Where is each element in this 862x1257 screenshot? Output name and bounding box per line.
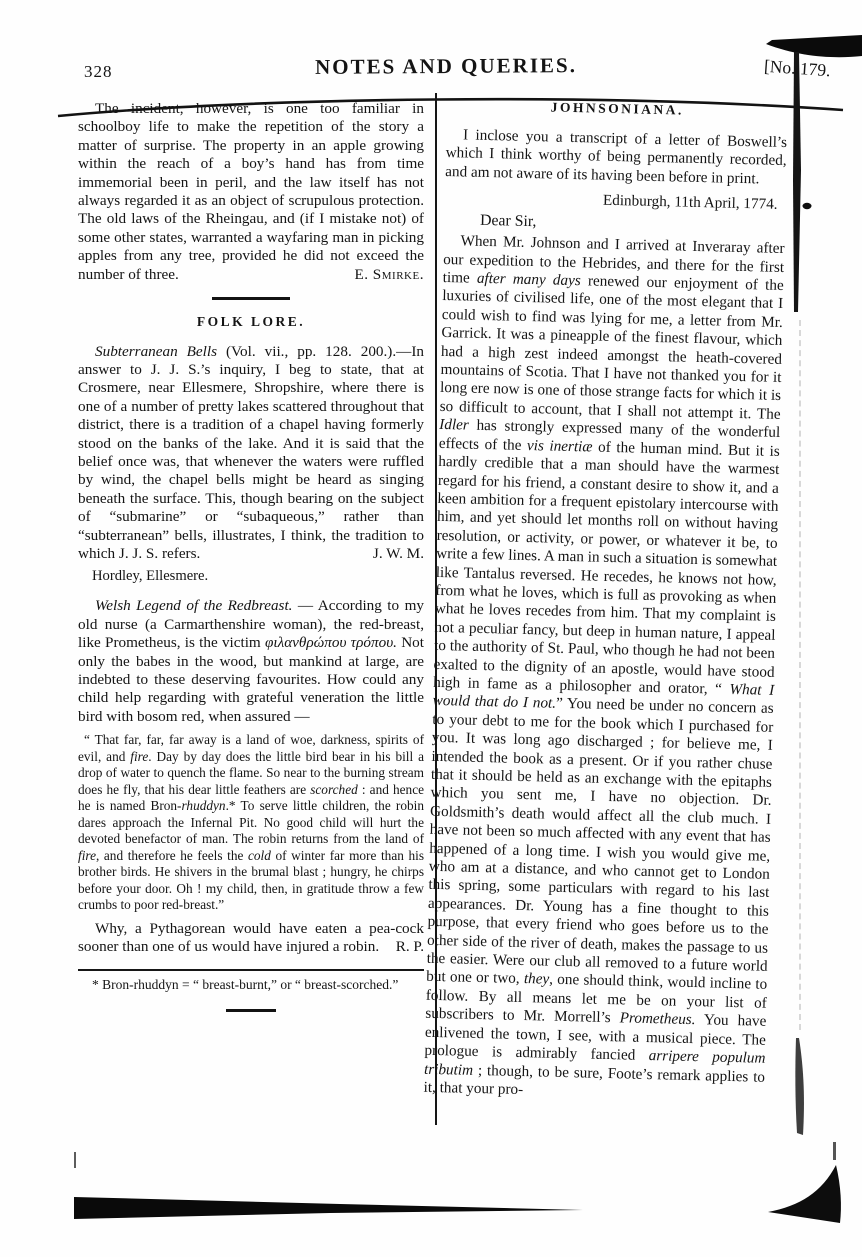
footnote: * Bron-rhuddyn = “ breast-burnt,” or “ b… [78, 977, 424, 994]
section-separator-rule [212, 297, 290, 300]
page-edge-faint-line [799, 320, 801, 1030]
welsh-legend-paragraph: Welsh Legend of the Redbreast. — Accordi… [78, 597, 424, 726]
article-end-rule [226, 1009, 276, 1012]
page-edge-streak-bottom [795, 1038, 804, 1135]
scan-speckle-1 [833, 1142, 836, 1160]
footnote-rule [78, 969, 424, 971]
redbreast-quote: “ That far, far, far away is a land of w… [78, 732, 424, 914]
issue-number: [No. 179. [763, 56, 831, 82]
page-edge-line [793, 52, 801, 312]
johnsoniana-intro-paragraph: I inclose you a transcript of a letter o… [445, 126, 787, 189]
scan-speckle-2 [74, 1152, 76, 1168]
contributor-location: Hordley, Ellesmere. [78, 568, 424, 585]
scanned-page: 328 NOTES AND QUERIES. [No. 179. The inc… [0, 0, 862, 1257]
boswell-letter-paragraph: When Mr. Johnson and I arrived at Invera… [423, 232, 784, 1105]
johnsoniana-intro-text: I inclose you a transcript of a letter o… [445, 126, 787, 187]
pythagorean-text: Why, a Pythagorean would have eaten a pe… [78, 920, 424, 955]
signature-rp: R. P. [386, 938, 424, 956]
ink-dot [803, 203, 812, 209]
welsh-legend-text: Welsh Legend of the Redbreast. — Accordi… [78, 597, 424, 724]
subterranean-bells-text: Subterranean Bells (Vol. vii., pp. 128. … [78, 343, 424, 562]
signature-smirke: E. Smirke. [344, 266, 424, 284]
journal-title: NOTES AND QUERIES. [60, 51, 832, 81]
redbreast-quote-text: “ That far, far, far away is a land of w… [78, 732, 424, 912]
apple-article-text: The incident, however, is one too famili… [78, 100, 424, 283]
boswell-letter-text: When Mr. Johnson and I arrived at Invera… [423, 233, 784, 1098]
apple-article-paragraph: The incident, however, is one too famili… [78, 100, 424, 284]
section-heading-folk-lore: FOLK LORE. [78, 314, 424, 330]
scan-shadow-bottom-left [74, 1197, 583, 1219]
scan-shadow-bottom-right [768, 1165, 841, 1223]
right-column: JOHNSONIANA. I inclose you a transcript … [423, 97, 787, 1105]
footnote-text-main: * Bron-rhuddyn = “ breast-burnt,” or “ b… [92, 977, 398, 992]
subterranean-bells-paragraph: Subterranean Bells (Vol. vii., pp. 128. … [78, 343, 424, 564]
letter-dateline: Edinburgh, 11th April, 1774. [444, 188, 777, 214]
left-column: The incident, however, is one too famili… [78, 100, 424, 1012]
section-heading-johnsoniana: JOHNSONIANA. [447, 97, 788, 121]
pythagorean-paragraph: Why, a Pythagorean would have eaten a pe… [78, 920, 424, 957]
signature-jwm: J. W. M. [363, 545, 424, 563]
